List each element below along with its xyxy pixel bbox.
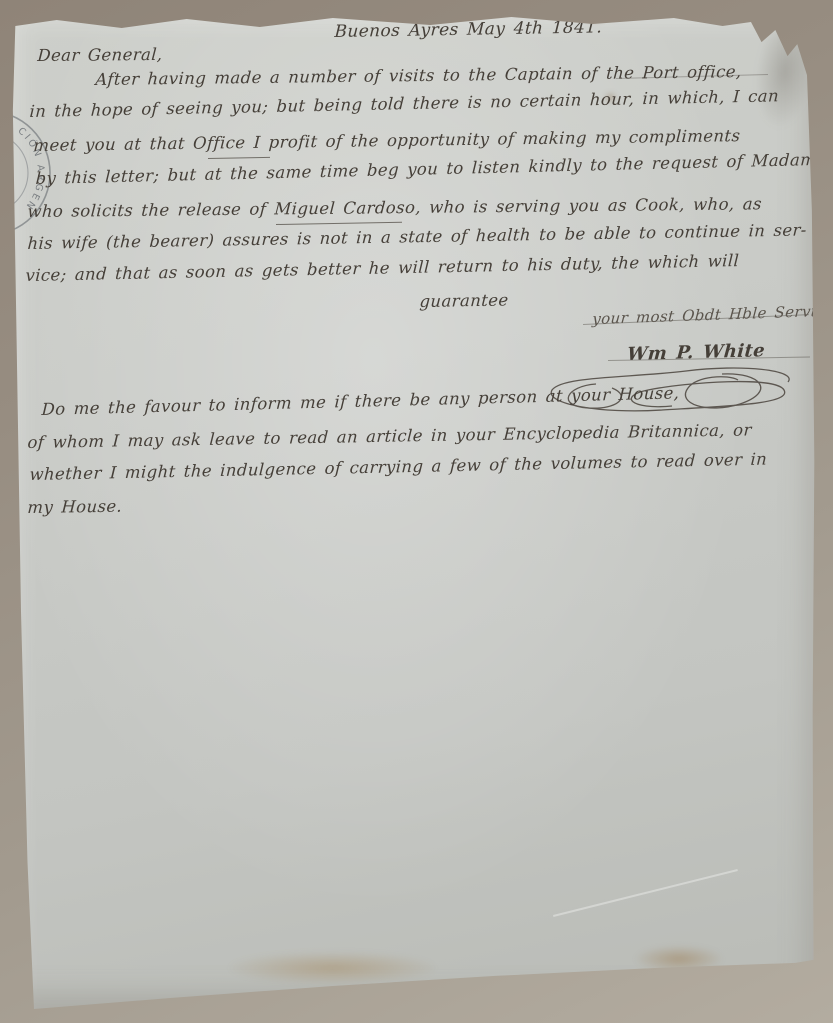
paper-crease xyxy=(553,869,738,916)
letter-line: meet you at that Office I profit of the … xyxy=(33,126,741,155)
underline-miguel-cardoso xyxy=(276,222,402,225)
postscript-line: my House. xyxy=(27,497,123,517)
letter-line: his wife (the bearer) assures is not in … xyxy=(27,220,807,253)
stamp-inner-ring xyxy=(0,133,28,213)
letter-line: in the hope of seeing you; but being tol… xyxy=(29,86,779,121)
letter-paper: CIÓN ARGEN Buenos Ayres May 4th 1841. De… xyxy=(8,10,820,1012)
stain-bottom-right xyxy=(636,946,722,972)
stain-top-right-corner xyxy=(748,9,822,134)
letter-line: vice; and that as soon as gets better he… xyxy=(25,251,740,285)
postscript-line: of whom I may ask leave to read an artic… xyxy=(27,420,752,452)
letter-line: After having made a number of visits to … xyxy=(95,62,742,89)
stain-bottom-center xyxy=(230,952,435,984)
letter-line: guarantee xyxy=(419,290,509,311)
underline-office xyxy=(208,157,270,159)
photo-background: { "colors": { "background": "#998f83", "… xyxy=(0,0,833,1023)
salutation: Dear General, xyxy=(37,45,163,65)
letter-line: who solicits the release of Miguel Cardo… xyxy=(27,194,763,221)
closing: your most Obdt Hble Servt xyxy=(592,302,818,328)
dateline: Buenos Ayres May 4th 1841. xyxy=(334,17,603,42)
stain-small-dot xyxy=(588,12,602,21)
postscript-line: whether I might the indulgence of carryi… xyxy=(29,450,768,484)
letter-line: by this letter; but at the same time beg… xyxy=(35,150,832,188)
